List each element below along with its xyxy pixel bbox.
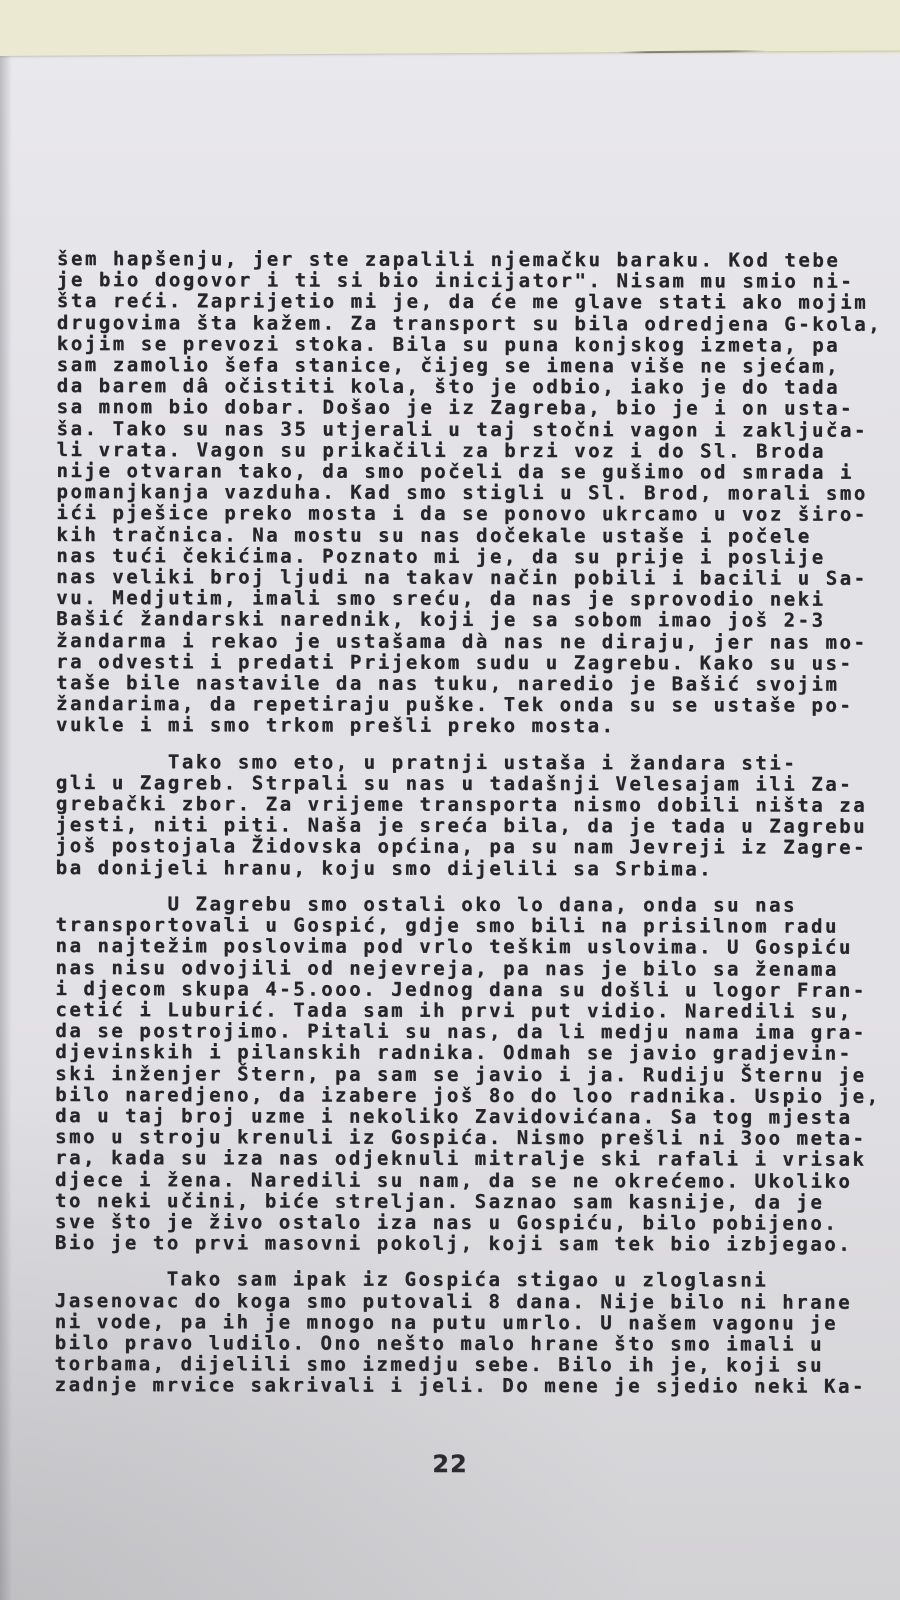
paragraph: Tako smo eto, u pratnji ustaša i žandara… — [56, 752, 885, 881]
page-number: 22 — [0, 1450, 900, 1478]
paper-edge-crack — [618, 50, 766, 54]
paragraph: Tako sam ipak iz Gospića stigao u zlogla… — [55, 1269, 884, 1398]
scanned-page: šem hapšenju, jer ste zapalili njemačku … — [0, 54, 900, 1600]
paragraph: šem hapšenju, jer ste zapalili njemačku … — [56, 249, 886, 738]
document-text: šem hapšenju, jer ste zapalili njemačku … — [55, 249, 886, 1398]
paragraph: U Zagrebu smo ostali oko lo dana, onda s… — [55, 894, 885, 1256]
paper-top-edge — [0, 0, 900, 56]
